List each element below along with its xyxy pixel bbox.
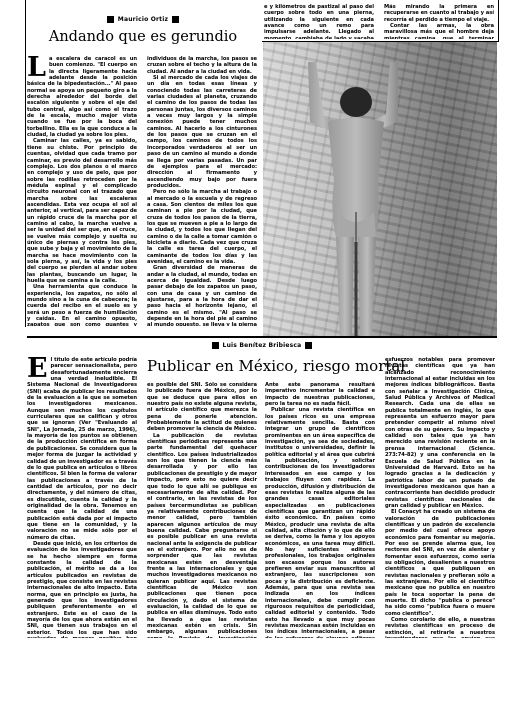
paragraph: individuos de la marcha, los pasos se cr… <box>147 56 257 75</box>
dropcap-top: L <box>27 57 46 78</box>
article-bottom-column-2: es posible del SNI. Sólo se considera lo… <box>147 382 257 638</box>
paragraph: Si al mercado de cada los viajes de un d… <box>147 75 257 189</box>
headline-bottom: Publicar en México, riesgo mortal <box>147 356 376 376</box>
byline-author: Luis Benítez Bribiesca <box>223 342 302 349</box>
article-bottom-column-4: esfuerzos notables para promover revista… <box>385 357 495 638</box>
section-divider-rule <box>27 336 497 338</box>
article-top-column-1: L a escalera de caracol es un buen comie… <box>27 56 137 326</box>
paragraph: Desde que inició, en los criterios de ev… <box>27 541 137 638</box>
headline-top: Andando que es gerundio <box>27 28 259 46</box>
paragraph: esfuerzos notables para promover revista… <box>385 357 495 509</box>
byline-square-right <box>172 16 179 23</box>
article-bottom-column-3: Ante este panorama resultará imperativo … <box>265 382 375 638</box>
paragraph: Como corolario de ello, a nuestras revis… <box>385 617 495 638</box>
dropcap-bottom: E <box>27 358 48 379</box>
paragraph: e y kilómetros de pastizal al paso del c… <box>264 4 374 39</box>
paragraph: Publicar una revista científica en los p… <box>265 407 375 638</box>
byline-square-right <box>305 342 312 349</box>
paragraph: El Conacyt ha creado un sistema de valor… <box>385 509 495 617</box>
paragraph: Ante este panorama resultará imperativo … <box>265 382 375 407</box>
paragraph: es posible del SNI. Sólo se considera lo… <box>147 382 257 433</box>
article-top-column-2: individuos de la marcha, los pasos se cr… <box>147 56 257 326</box>
paragraph: La publicación de revistas científicas p… <box>147 433 257 638</box>
byline-top: Mauricio Ortiz <box>27 14 259 24</box>
article-bottom-column-1: E l título de este artículo podría parec… <box>27 357 137 638</box>
article-top-column-3: e y kilómetros de pastizal al paso del c… <box>264 4 374 39</box>
paragraph: Más mirando la primera en recuperarse en… <box>384 4 494 23</box>
paragraph: Una herramienta que conduce la experienc… <box>27 284 137 326</box>
figure-silhouette <box>298 62 408 336</box>
paragraph: Pero no sólo la marcha al trabajo o al m… <box>147 189 257 265</box>
article-top-column-4: Más mirando la primera en recuperarse en… <box>384 4 494 39</box>
byline-bottom: Luis Benítez Bribiesca <box>27 340 497 350</box>
paragraph: Gran diversidad de maneras de andar a la… <box>147 265 257 326</box>
left-column-rule <box>25 0 26 327</box>
byline-author: Mauricio Ortiz <box>118 16 168 23</box>
byline-square-left <box>107 16 114 23</box>
photo-figure-stone-wall <box>263 42 497 336</box>
paragraph: Contar las armas, la obra maravillosa má… <box>384 23 494 39</box>
paragraph: Caminar las calles, ya es sabido, tiene … <box>27 138 137 284</box>
paragraph: l título de este artículo podría parecer… <box>27 357 137 541</box>
byline-square-left <box>212 342 219 349</box>
